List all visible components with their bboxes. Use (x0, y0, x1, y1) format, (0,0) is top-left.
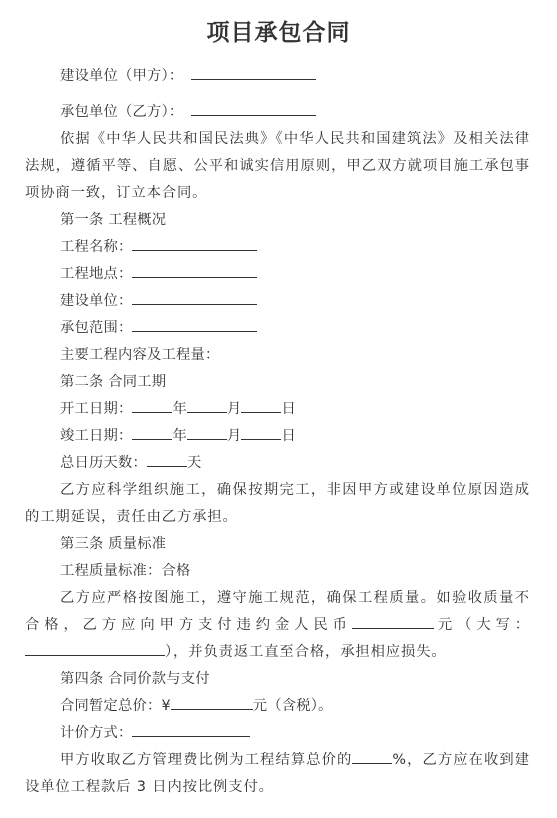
document-title: 项目承包合同 (0, 14, 557, 47)
party-a-blank[interactable] (191, 65, 316, 80)
contract-scope-blank[interactable] (132, 317, 257, 332)
fee-clause-part1: 甲方收取乙方管理费比例为工程结算总价的 (60, 752, 352, 768)
project-location-blank[interactable] (132, 263, 257, 278)
end-day-blank[interactable] (241, 425, 281, 440)
month-label: 月 (227, 428, 242, 444)
construction-unit-label: 建设单位： (60, 293, 132, 309)
year-label: 年 (172, 401, 187, 417)
day-label: 日 (281, 401, 296, 417)
party-b-label: 承包单位（乙方）： (60, 104, 183, 120)
contract-price-row: 合同暂定总价：¥元（含税）。 (60, 693, 557, 720)
party-b-blank[interactable] (191, 101, 316, 116)
contract-price-label: 合同暂定总价：¥ (60, 698, 171, 714)
article4-heading: 第四条 合同价款与支付 (60, 666, 557, 693)
start-date-label: 开工日期： (60, 401, 132, 417)
pricing-method-row: 计价方式： (60, 720, 557, 747)
total-days-blank[interactable] (147, 452, 187, 467)
preamble-paragraph: 依据《中华人民共和国民法典》《中华人民共和国建筑法》及相关法律法规，遵循平等、自… (25, 126, 530, 207)
end-date-row: 竣工日期：年月日 (60, 423, 557, 450)
year-label: 年 (172, 428, 187, 444)
penalty-amount-words-blank[interactable] (25, 641, 165, 656)
party-a-label: 建设单位（甲方）： (60, 68, 183, 84)
start-date-row: 开工日期：年月日 (60, 396, 557, 423)
contract-scope-row: 承包范围： (60, 315, 557, 342)
main-works-label: 主要工程内容及工程量： (60, 342, 557, 369)
total-days-label: 总日历天数： (60, 455, 147, 471)
schedule-clause: 乙方应科学组织施工，确保按期完工，非因甲方或建设单位原因造成的工期延误，责任由乙… (25, 477, 530, 531)
project-location-row: 工程地点： (60, 261, 557, 288)
quality-clause: 乙方应严格按图施工，遵守施工规范，确保工程质量。如验收质量不合格，乙方应向甲方支… (25, 585, 530, 666)
total-days-row: 总日历天数：天 (60, 450, 557, 477)
contract-document: 项目承包合同 建设单位（甲方）： 承包单位（乙方）： 依据《中华人民共和国民法典… (0, 0, 557, 818)
start-month-blank[interactable] (187, 398, 227, 413)
days-unit: 天 (187, 455, 202, 471)
penalty-amount-blank[interactable] (352, 614, 434, 629)
party-b-row: 承包单位（乙方）： (60, 99, 557, 126)
quality-standard: 工程质量标准：合格 (60, 558, 557, 585)
day-label: 日 (281, 428, 296, 444)
contract-price-suffix: 元（含税）。 (253, 698, 333, 714)
contract-scope-label: 承包范围： (60, 320, 132, 336)
month-label: 月 (227, 401, 242, 417)
article1-heading: 第一条 工程概况 (60, 207, 557, 234)
start-year-blank[interactable] (132, 398, 172, 413)
article2-heading: 第二条 合同工期 (60, 369, 557, 396)
project-location-label: 工程地点： (60, 266, 132, 282)
project-name-row: 工程名称： (60, 234, 557, 261)
end-date-label: 竣工日期： (60, 428, 132, 444)
pricing-method-blank[interactable] (132, 722, 250, 737)
quality-clause-part2: ），并负责返工直至合格，承担相应损失。 (165, 644, 447, 660)
fee-percent-blank[interactable] (352, 749, 392, 764)
start-day-blank[interactable] (241, 398, 281, 413)
article3-heading: 第三条 质量标准 (60, 531, 557, 558)
end-month-blank[interactable] (187, 425, 227, 440)
contract-price-blank[interactable] (171, 695, 253, 710)
management-fee-clause: 甲方收取乙方管理费比例为工程结算总价的%，乙方应在收到建设单位工程款后 3 日内… (25, 747, 530, 801)
pricing-method-label: 计价方式： (60, 725, 132, 741)
party-a-row: 建设单位（甲方）： (60, 63, 557, 90)
project-name-blank[interactable] (132, 236, 257, 251)
end-year-blank[interactable] (132, 425, 172, 440)
construction-unit-row: 建设单位： (60, 288, 557, 315)
construction-unit-blank[interactable] (132, 290, 257, 305)
quality-clause-unit: 元（大写： (434, 617, 530, 633)
project-name-label: 工程名称： (60, 239, 132, 255)
